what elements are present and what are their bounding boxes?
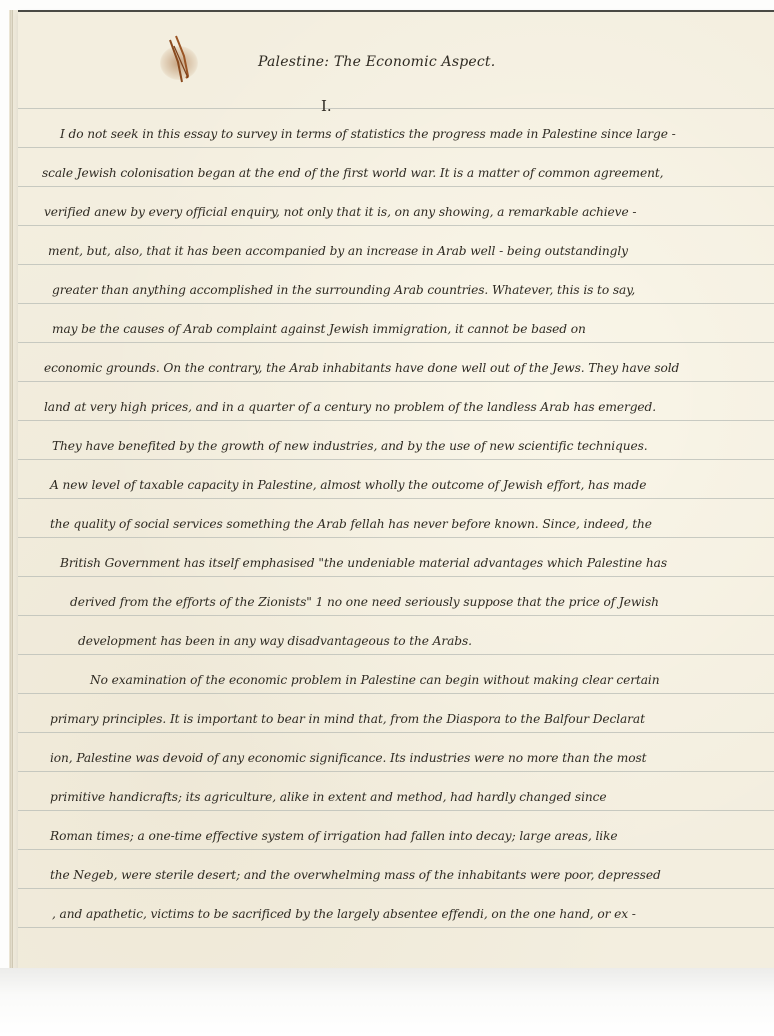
rule-line <box>18 381 774 382</box>
text-line: economic grounds. On the contrary, the A… <box>44 361 679 375</box>
text-line: primary principles. It is important to b… <box>50 712 645 726</box>
text-line: the Negeb, were sterile desert; and the … <box>50 868 661 882</box>
text-line: primitive handicrafts; its agriculture, … <box>50 790 606 804</box>
page-title: Palestine: The Economic Aspect. <box>258 54 495 70</box>
rule-line <box>18 810 774 811</box>
rule-line <box>18 147 774 148</box>
rule-line <box>18 420 774 421</box>
rule-line <box>18 537 774 538</box>
text-line: They have benefited by the growth of new… <box>52 439 648 453</box>
section-number: I. <box>321 97 332 115</box>
text-line: may be the causes of Arab complaint agai… <box>52 322 586 336</box>
rule-line <box>18 576 774 577</box>
scan-bottom-margin <box>0 968 774 1036</box>
text-line: derived from the efforts of the Zionists… <box>70 595 659 609</box>
rule-line <box>18 264 774 265</box>
text-line: , and apathetic, victims to be sacrifice… <box>52 907 636 921</box>
rule-line <box>18 186 774 187</box>
text-line: verified anew by every official enquiry,… <box>44 205 636 219</box>
text-line: land at very high prices, and in a quart… <box>44 400 656 414</box>
text-line: the quality of social services something… <box>50 517 652 531</box>
rule-line <box>18 888 774 889</box>
text-line: No examination of the economic problem i… <box>90 673 659 687</box>
manuscript-page: Palestine: The Economic Aspect. I. I do … <box>18 10 774 970</box>
staple-scratch-icon <box>158 32 208 92</box>
rust-stain-mark <box>158 32 208 92</box>
rule-line <box>18 927 774 928</box>
rule-line <box>18 615 774 616</box>
rule-line <box>18 498 774 499</box>
text-line: development has been in any way disadvan… <box>78 634 472 648</box>
text-line: scale Jewish colonisation began at the e… <box>42 166 663 180</box>
rule-line <box>18 693 774 694</box>
rule-line <box>18 654 774 655</box>
text-line: Roman times; a one-time effective system… <box>50 829 618 843</box>
rule-line <box>18 459 774 460</box>
text-line: ment, but, also, that it has been accomp… <box>48 244 628 258</box>
text-line: A new level of taxable capacity in Pales… <box>50 478 646 492</box>
rule-line <box>18 342 774 343</box>
rule-line <box>18 771 774 772</box>
scanned-page-scene: Palestine: The Economic Aspect. I. I do … <box>0 0 774 1036</box>
text-line: ion, Palestine was devoid of any economi… <box>50 751 646 765</box>
rule-line <box>18 225 774 226</box>
text-line: I do not seek in this essay to survey in… <box>60 127 676 141</box>
rule-line <box>18 732 774 733</box>
text-line: British Government has itself emphasised… <box>60 556 667 570</box>
rule-line <box>18 108 774 109</box>
rule-line <box>18 303 774 304</box>
rule-line <box>18 849 774 850</box>
text-line: greater than anything accomplished in th… <box>52 283 635 297</box>
